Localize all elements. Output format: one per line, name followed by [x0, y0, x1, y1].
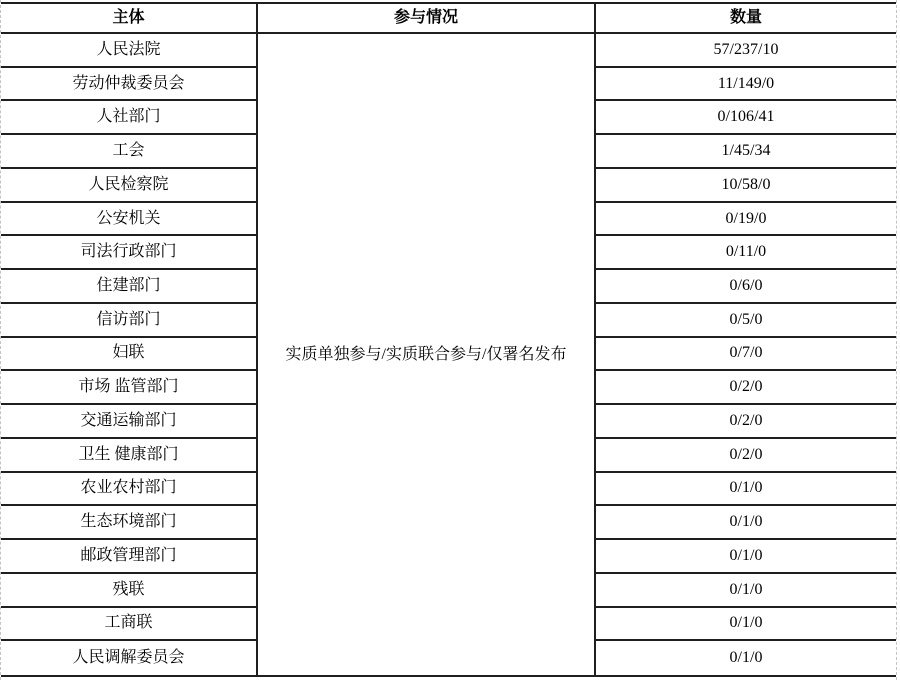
quantity-cell: 0/11/0	[596, 236, 896, 270]
quantity-cell: 0/1/0	[596, 540, 896, 574]
quantity-cell: 0/1/0	[596, 473, 896, 507]
subject-cell: 工会	[1, 135, 258, 169]
quantity-cell: 0/1/0	[596, 641, 896, 675]
subject-cell: 人民调解委员会	[1, 641, 258, 675]
column-header-participation: 参与情况	[258, 4, 596, 34]
quantity-cell: 0/106/41	[596, 101, 896, 135]
quantity-cell: 57/237/10	[596, 34, 896, 68]
subject-cell: 工商联	[1, 608, 258, 642]
quantity-cell: 0/2/0	[596, 439, 896, 473]
subject-cell: 妇联	[1, 338, 258, 372]
quantity-cell: 0/2/0	[596, 371, 896, 405]
subject-cell: 司法行政部门	[1, 236, 258, 270]
quantity-cell: 0/1/0	[596, 608, 896, 642]
document-page: 主体 参与情况 数量 实质单独参与/实质联合参与/仅署名发布 人民法院57/23…	[0, 0, 900, 680]
subject-cell: 生态环境部门	[1, 506, 258, 540]
subject-cell: 农业农村部门	[1, 473, 258, 507]
quantity-cell: 0/1/0	[596, 506, 896, 540]
quantity-cell: 0/7/0	[596, 338, 896, 372]
subject-cell: 人民检察院	[1, 169, 258, 203]
subject-cell: 市场 监管部门	[1, 371, 258, 405]
subject-cell: 住建部门	[1, 270, 258, 304]
subject-cell: 交通运输部门	[1, 405, 258, 439]
participation-merged-cell: 实质单独参与/实质联合参与/仅署名发布	[258, 34, 596, 675]
table-gridline-right	[896, 0, 897, 680]
subject-cell: 人民法院	[1, 34, 258, 68]
subject-cell: 残联	[1, 574, 258, 608]
quantity-cell: 10/58/0	[596, 169, 896, 203]
subject-cell: 邮政管理部门	[1, 540, 258, 574]
participation-table: 主体 参与情况 数量 实质单独参与/实质联合参与/仅署名发布 人民法院57/23…	[1, 2, 896, 677]
column-header-subject: 主体	[1, 4, 258, 34]
subject-cell: 信访部门	[1, 304, 258, 338]
subject-cell: 人社部门	[1, 101, 258, 135]
quantity-cell: 0/2/0	[596, 405, 896, 439]
quantity-cell: 0/6/0	[596, 270, 896, 304]
quantity-cell: 1/45/34	[596, 135, 896, 169]
subject-cell: 卫生 健康部门	[1, 439, 258, 473]
subject-cell: 劳动仲裁委员会	[1, 68, 258, 102]
quantity-cell: 0/5/0	[596, 304, 896, 338]
quantity-cell: 0/1/0	[596, 574, 896, 608]
subject-cell: 公安机关	[1, 203, 258, 237]
quantity-cell: 0/19/0	[596, 203, 896, 237]
quantity-cell: 11/149/0	[596, 68, 896, 102]
column-header-quantity: 数量	[596, 4, 896, 34]
